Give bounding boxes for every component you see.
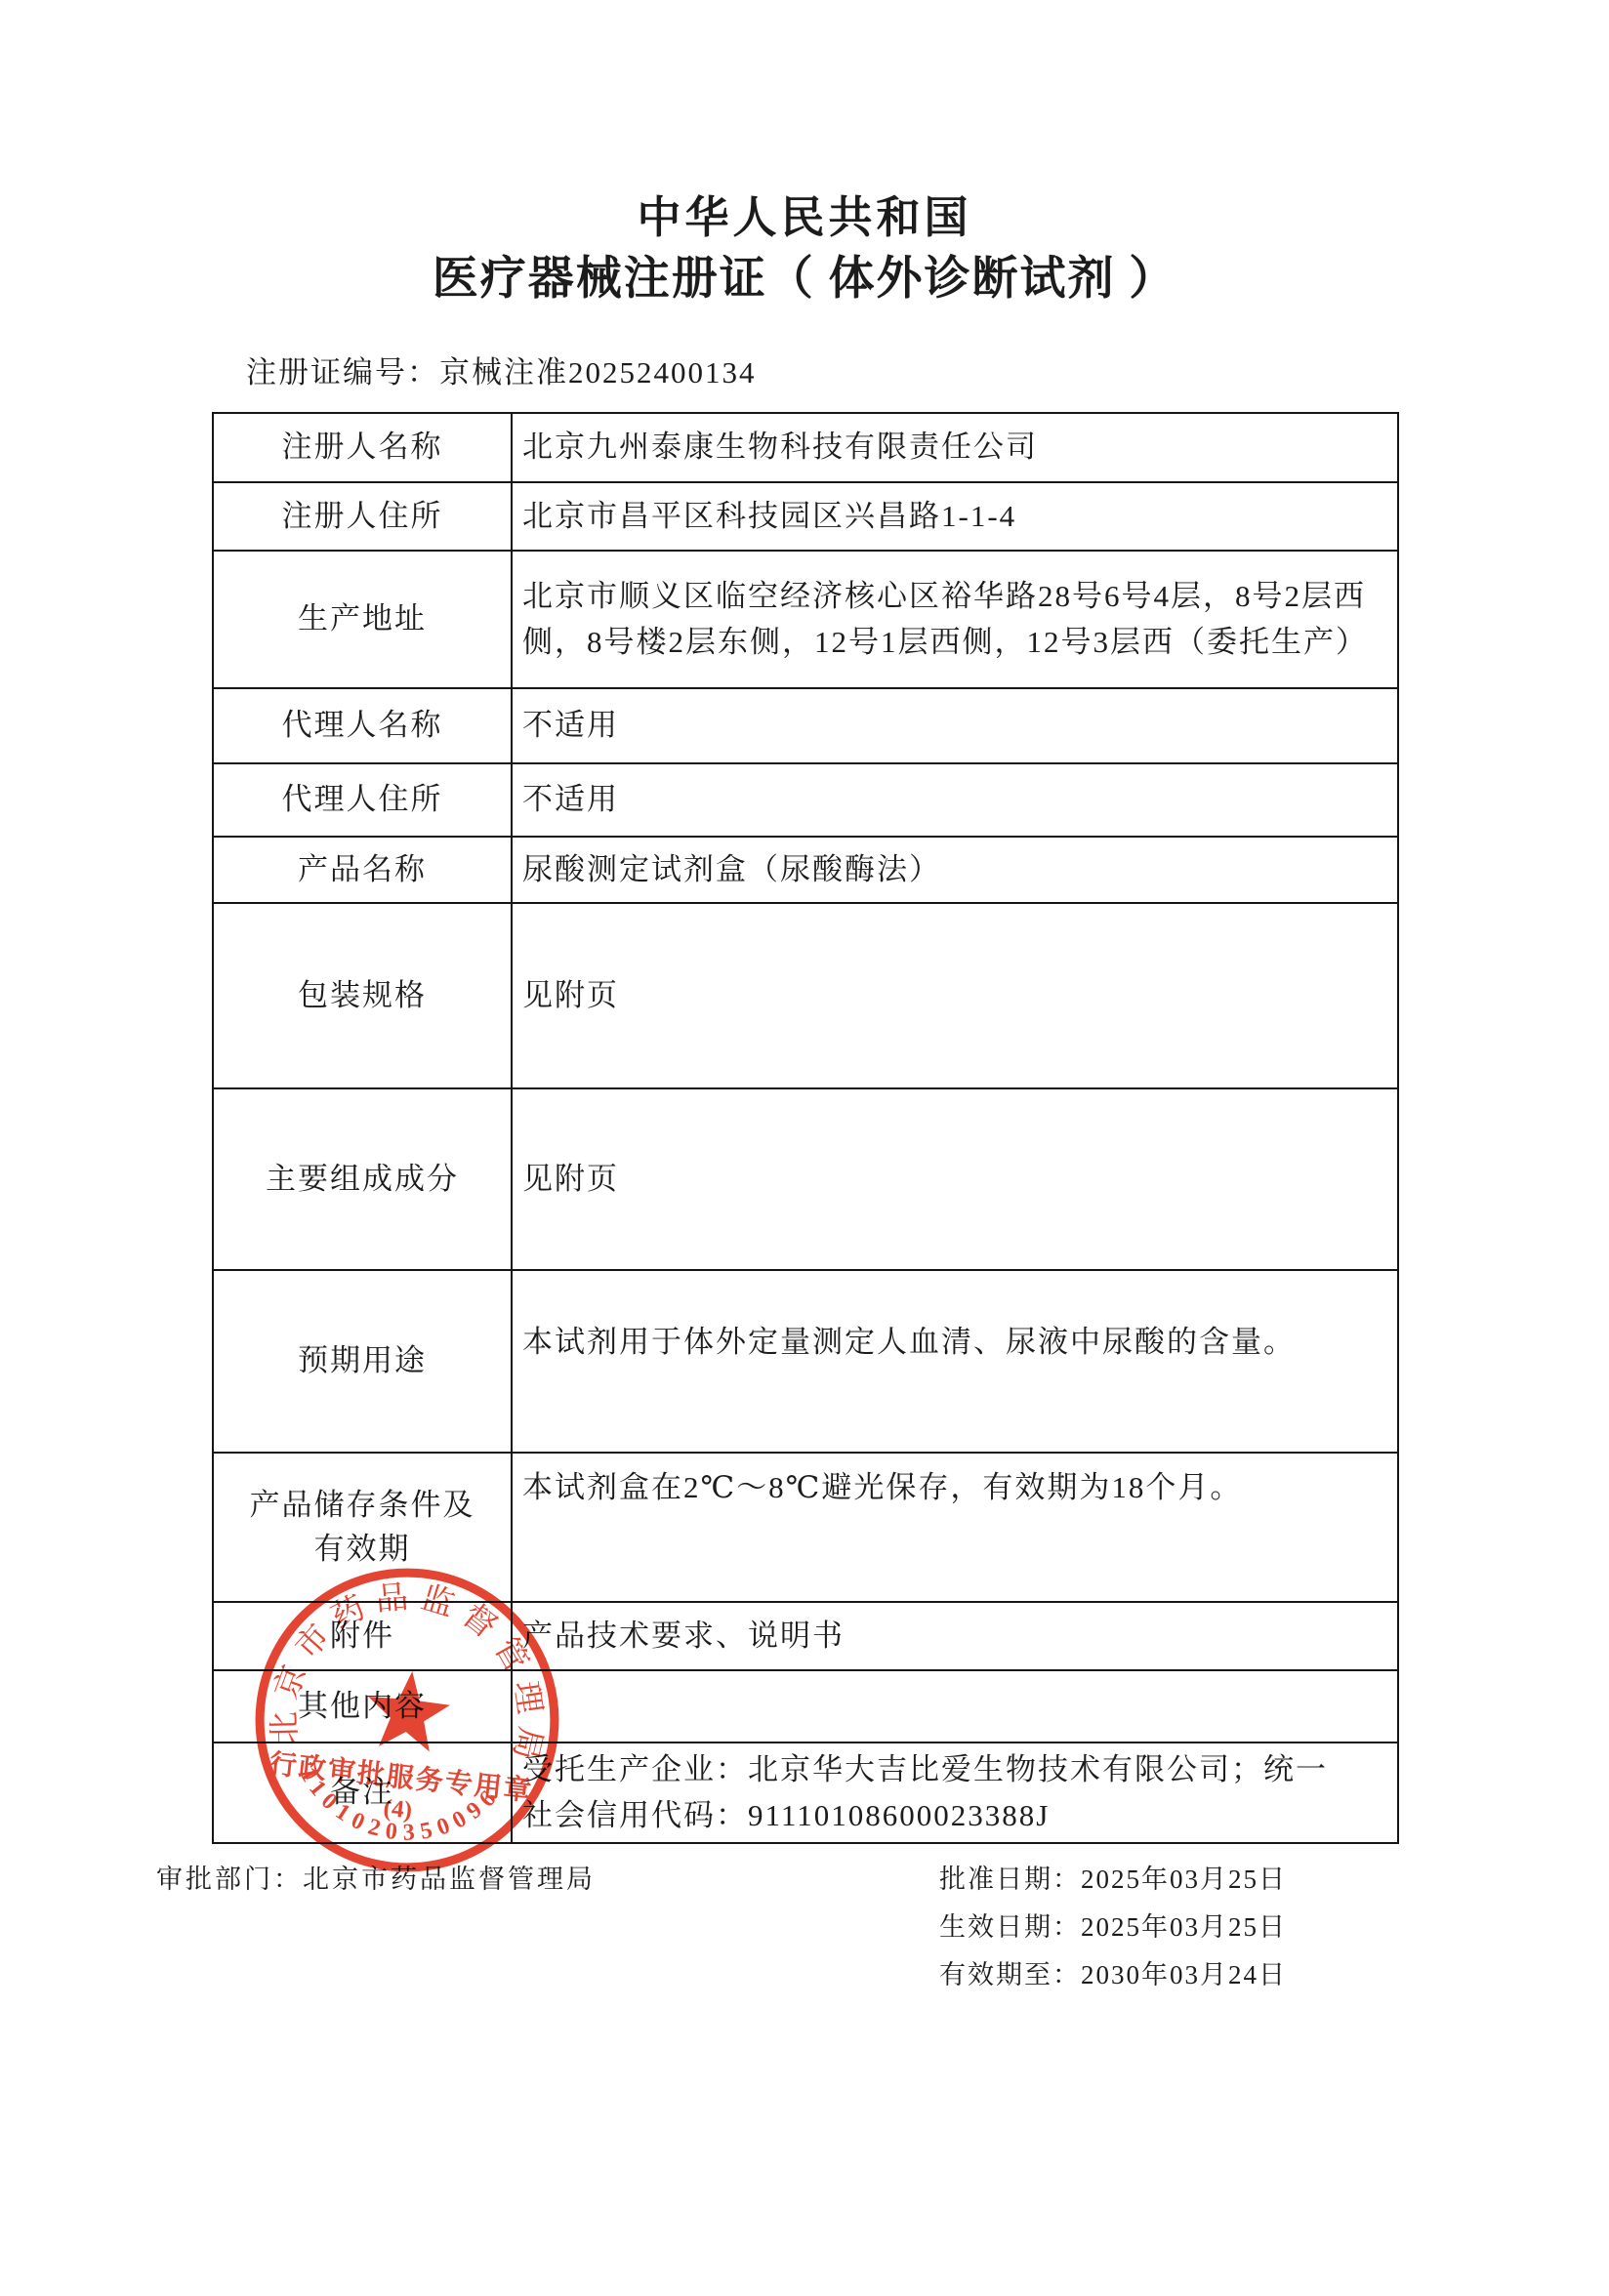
row-value: [513, 1671, 1397, 1742]
row-value: 见附页: [513, 904, 1397, 1087]
document-title: 中华人民共和国 医疗器械注册证（ 体外诊断试剂 ）: [0, 191, 1609, 307]
row-label: 产品名称: [214, 838, 513, 902]
row-value: 北京九州泰康生物科技有限责任公司: [513, 414, 1397, 481]
table-row: 包装规格 见附页: [214, 902, 1397, 1087]
effective-date-label: 生效日期：: [939, 1912, 1081, 1942]
table-row: 注册人名称 北京九州泰康生物科技有限责任公司: [214, 414, 1397, 481]
row-label: 生产地址: [214, 552, 513, 687]
svg-text:北京市药品监督管理局: 北京市药品监督管理局: [262, 1564, 562, 1773]
dates-block: 批准日期：2025年03月25日 生效日期：2025年03月25日 有效期至：2…: [939, 1863, 1287, 2006]
certificate-number-value: 京械注准20252400134: [439, 355, 757, 389]
table-row: 注册人住所 北京市昌平区科技园区兴昌路1-1-4: [214, 481, 1397, 550]
row-value: 尿酸测定试剂盒（尿酸酶法）: [513, 838, 1397, 902]
row-label: 注册人住所: [214, 483, 513, 550]
table-row: 代理人住所 不适用: [214, 762, 1397, 836]
title-line-certificate: 医疗器械注册证（ 体外诊断试剂 ）: [0, 252, 1609, 307]
expiry-date-label: 有效期至：: [939, 1960, 1081, 1989]
approval-date-label: 批准日期：: [939, 1865, 1081, 1894]
expiry-date: 有效期至：2030年03月24日: [939, 1958, 1287, 2006]
star-icon: [363, 1667, 453, 1753]
table-row: 预期用途 本试剂用于体外定量测定人血清、尿液中尿酸的含量。: [214, 1269, 1397, 1452]
approval-date-value: 2025年03月25日: [1081, 1865, 1287, 1894]
title-line-country: 中华人民共和国: [0, 191, 1609, 244]
row-label: 主要组成成分: [214, 1089, 513, 1269]
table-row: 生产地址 北京市顺义区临空经济核心区裕华路28号6号4层，8号2层西侧，8号楼2…: [214, 550, 1397, 687]
certificate-page: 中华人民共和国 医疗器械注册证（ 体外诊断试剂 ） 注册证编号：京械注准2025…: [0, 0, 1609, 2296]
table-row: 代理人名称 不适用: [214, 687, 1397, 762]
row-value: 见附页: [513, 1089, 1397, 1269]
row-label: 注册人名称: [214, 414, 513, 481]
effective-date-value: 2025年03月25日: [1081, 1912, 1287, 1942]
table-row: 产品名称 尿酸测定试剂盒（尿酸酶法）: [214, 836, 1397, 902]
stamp-ring-text: 北京市药品监督管理局: [262, 1564, 562, 1773]
row-label: 预期用途: [214, 1271, 513, 1452]
row-value: 不适用: [513, 689, 1397, 762]
official-stamp: 北京市药品监督管理局 行政审批服务专用章 (4) 1101020350096: [226, 1538, 588, 1901]
row-value: 本试剂盒在2℃～8℃避光保存，有效期为18个月。: [513, 1454, 1397, 1601]
effective-date: 生效日期：2025年03月25日: [939, 1910, 1287, 1958]
row-value: 产品技术要求、说明书: [513, 1603, 1397, 1669]
table-row: 主要组成成分 见附页: [214, 1087, 1397, 1269]
row-value: 不适用: [513, 764, 1397, 836]
certificate-number: 注册证编号：京械注准20252400134: [246, 348, 757, 391]
expiry-date-value: 2030年03月24日: [1081, 1960, 1287, 1989]
row-label: 包装规格: [214, 904, 513, 1087]
row-label: 代理人名称: [214, 689, 513, 762]
row-label: 代理人住所: [214, 764, 513, 836]
row-value: 北京市昌平区科技园区兴昌路1-1-4: [513, 483, 1397, 550]
row-value: 受托生产企业：北京华大吉比爱生物技术有限公司；统一社会信用代码：91110108…: [513, 1743, 1397, 1842]
row-value: 北京市顺义区临空经济核心区裕华路28号6号4层，8号2层西侧，8号楼2层东侧，1…: [513, 552, 1397, 687]
row-value: 本试剂用于体外定量测定人血清、尿液中尿酸的含量。: [513, 1271, 1397, 1452]
certificate-number-label: 注册证编号：: [246, 355, 439, 389]
approval-date: 批准日期：2025年03月25日: [939, 1863, 1287, 1910]
